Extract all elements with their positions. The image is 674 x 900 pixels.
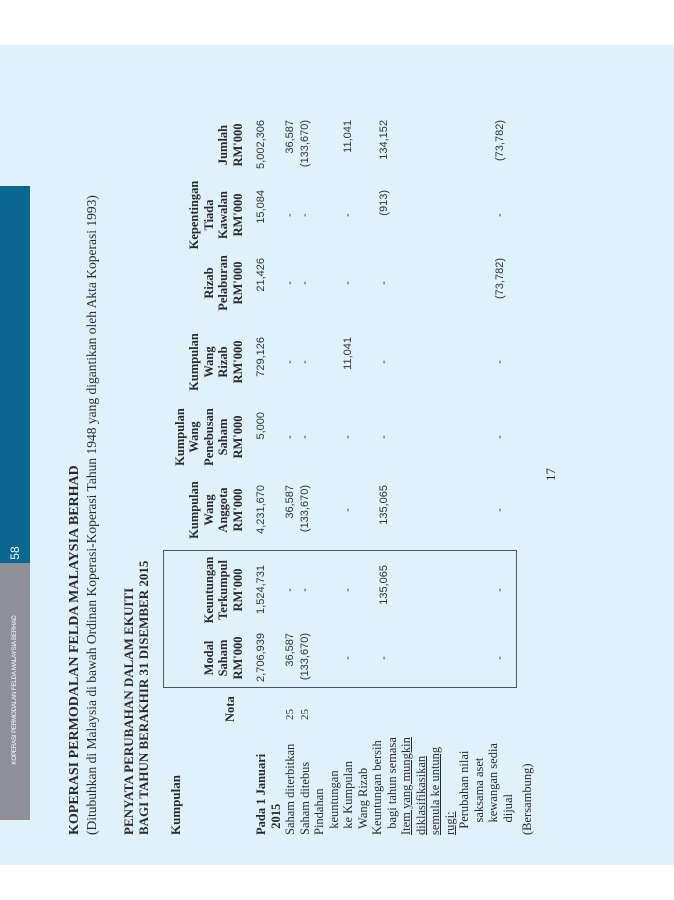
table-cell: - <box>283 402 298 472</box>
table-cell: - <box>341 555 356 625</box>
table-cell: - <box>298 327 313 397</box>
table-cell: - <box>493 475 508 545</box>
table-cell: - <box>298 555 313 625</box>
column-header: KepentinganTiadaKawalanRM'000 <box>187 181 245 250</box>
table-cell: 4,231,670 <box>254 485 269 555</box>
row-label: Pindahan keuntungan ke Kumpulan Wang Riz… <box>312 761 370 835</box>
table-cell: 36,587 <box>283 120 298 190</box>
section-heading: Kumpulan <box>168 775 184 835</box>
continued-note: (Bersambung) <box>520 763 535 835</box>
table-cell: (133,670) <box>298 485 313 555</box>
table-cell: 1,524,731 <box>254 565 269 635</box>
document-page-number: 17 <box>543 468 559 481</box>
table-cell: - <box>493 180 508 250</box>
column-header: KeuntunganTerkumpulRM'000 <box>202 557 246 624</box>
table-cell: 36,587 <box>283 633 298 703</box>
sidebar-blue-band <box>0 186 30 563</box>
table-cell: - <box>283 248 298 318</box>
statement-period: BAGI TAHUN BERAKHIR 31 DISEMBER 2015 <box>136 561 152 835</box>
column-header: KumpulanWangRizabRM'000 <box>187 333 245 391</box>
table-cell: - <box>298 248 313 318</box>
table-cell: 21,426 <box>254 258 269 328</box>
table-cell: - <box>493 402 508 472</box>
table-cell: 135,065 <box>377 565 392 635</box>
statement-document: KOPERASI PERMODALAN FELDA MALAYSIA BERHA… <box>45 45 674 865</box>
row-label: Perubahan nilai saksama aset kewangan se… <box>457 743 515 835</box>
column-header: JumlahRM'000 <box>216 123 245 166</box>
table-cell: - <box>341 248 356 318</box>
table-cell: 11,041 <box>341 120 356 190</box>
table-cell: - <box>283 555 298 625</box>
table-cell: (133,670) <box>298 633 313 703</box>
table-cell: - <box>341 475 356 545</box>
column-header: RizabPelaburanRM'000 <box>202 255 246 311</box>
table-cell: - <box>283 327 298 397</box>
table-cell: 15,084 <box>254 190 269 260</box>
table-cell: 5,002,306 <box>254 120 269 190</box>
report-page-number: 58 <box>5 541 25 565</box>
row-label: Keuntungan bersih bagi tahun semasa <box>370 737 399 835</box>
table-cell: 11,041 <box>341 337 356 407</box>
table-cell: - <box>298 402 313 472</box>
statement-title: PENYATA PERUBAHAN DALAM EKUITI <box>121 588 137 835</box>
table-cell: (913) <box>377 190 392 260</box>
table-cell: - <box>377 402 392 472</box>
table-cell: 5,000 <box>254 412 269 482</box>
table-cell: (73,782) <box>493 258 508 328</box>
row-label: Pada 1 Januari 2015 <box>254 754 283 835</box>
table-cell: (73,782) <box>493 120 508 190</box>
column-header: ModalSahamRM'000 <box>202 636 246 679</box>
column-header: KumpulanWangPenebusanSahamRM'000 <box>173 408 246 466</box>
table-cell: 135,065 <box>377 485 392 555</box>
table-cell: 729,126 <box>254 337 269 407</box>
table-cell: 36,587 <box>283 485 298 555</box>
table-cell: 2,706,939 <box>254 633 269 703</box>
table-cell: - <box>341 180 356 250</box>
publication-label: KOPERASI PERMODALAN FELDA MALAYSIA BERHA… <box>9 565 21 815</box>
nota-value: 25 <box>298 709 313 779</box>
company-subtitle: (Ditubuhkan di Malaysia di bawah Ordinan… <box>84 195 100 835</box>
row-label: Item yang mungkin diklasifikasikan semul… <box>399 737 457 835</box>
table-cell: - <box>341 623 356 693</box>
table-cell: - <box>341 402 356 472</box>
table-cell: - <box>283 180 298 250</box>
column-header: KumpulanWangAnggotaRM'000 <box>187 481 245 539</box>
table-cell: - <box>493 623 508 693</box>
table-cell: (133,670) <box>298 120 313 190</box>
table-cell: 134,152 <box>377 120 392 190</box>
table-cell: - <box>298 180 313 250</box>
company-title: KOPERASI PERMODALAN FELDA MALAYSIA BERHA… <box>67 465 83 835</box>
nota-value: 25 <box>283 709 298 779</box>
table-cell: - <box>493 555 508 625</box>
table-cell: - <box>377 327 392 397</box>
table-cell: - <box>493 327 508 397</box>
nota-header: Nota <box>223 696 238 722</box>
